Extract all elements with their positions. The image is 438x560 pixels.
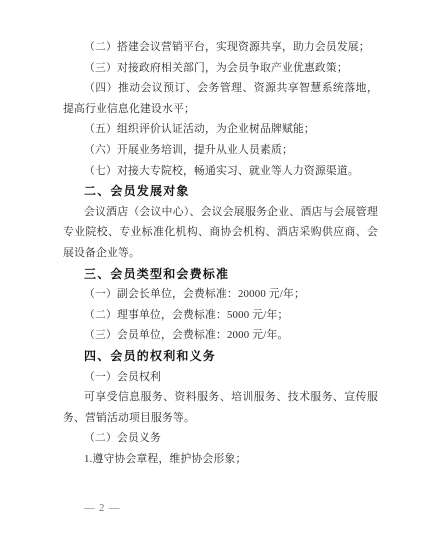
document-line: （七）对接大专院校，畅通实习、就业等人力资源渠道。: [63, 161, 378, 182]
document-line: 务、营销活动项目服务等。: [63, 408, 378, 429]
page-number: — 2 —: [84, 501, 121, 516]
section-heading: 三、会员类型和会费标准: [63, 264, 378, 285]
document-line: 1.遵守协会章程，维护协会形象；: [63, 449, 378, 470]
document-body: （二）搭建会议营销平台，实现资源共享，助力会员发展；（三）对接政府相关部门，为会…: [0, 0, 438, 469]
document-line: 展设备企业等。: [63, 243, 378, 264]
document-line: （五）组织评价认证活动，为企业树品牌赋能；: [63, 119, 378, 140]
document-line: 会议酒店（会议中心）、会议会展服务企业、酒店与会展管理: [63, 202, 378, 223]
document-line: （六）开展业务培训，提升从业人员素质；: [63, 140, 378, 161]
document-line: （三）对接政府相关部门，为会员争取产业优惠政策；: [63, 58, 378, 79]
document-line: （四）推动会议预订、会务管理、资源共享智慧系统落地，: [63, 78, 378, 99]
document-line: （一）会员权利: [63, 367, 378, 388]
document-page: （二）搭建会议营销平台，实现资源共享，助力会员发展；（三）对接政府相关部门，为会…: [0, 0, 438, 560]
document-line: 提高行业信息化建设水平；: [63, 99, 378, 120]
document-line: （二）会员义务: [63, 428, 378, 449]
document-line: （二）理事单位，会费标准：5000 元/年；: [63, 305, 378, 326]
document-line: （三）会员单位，会费标准：2000 元/年。: [63, 325, 378, 346]
document-line: 可享受信息服务、资料服务、培训服务、技术服务、宣传服: [63, 387, 378, 408]
section-heading: 四、会员的权利和义务: [63, 346, 378, 367]
document-line: （二）搭建会议营销平台，实现资源共享，助力会员发展；: [63, 37, 378, 58]
document-line: （一）副会长单位，会费标准：20000 元/年；: [63, 284, 378, 305]
section-heading: 二、会员发展对象: [63, 181, 378, 202]
document-line: 专业院校、专业标准化机构、商协会机构、酒店采购供应商、会: [63, 222, 378, 243]
